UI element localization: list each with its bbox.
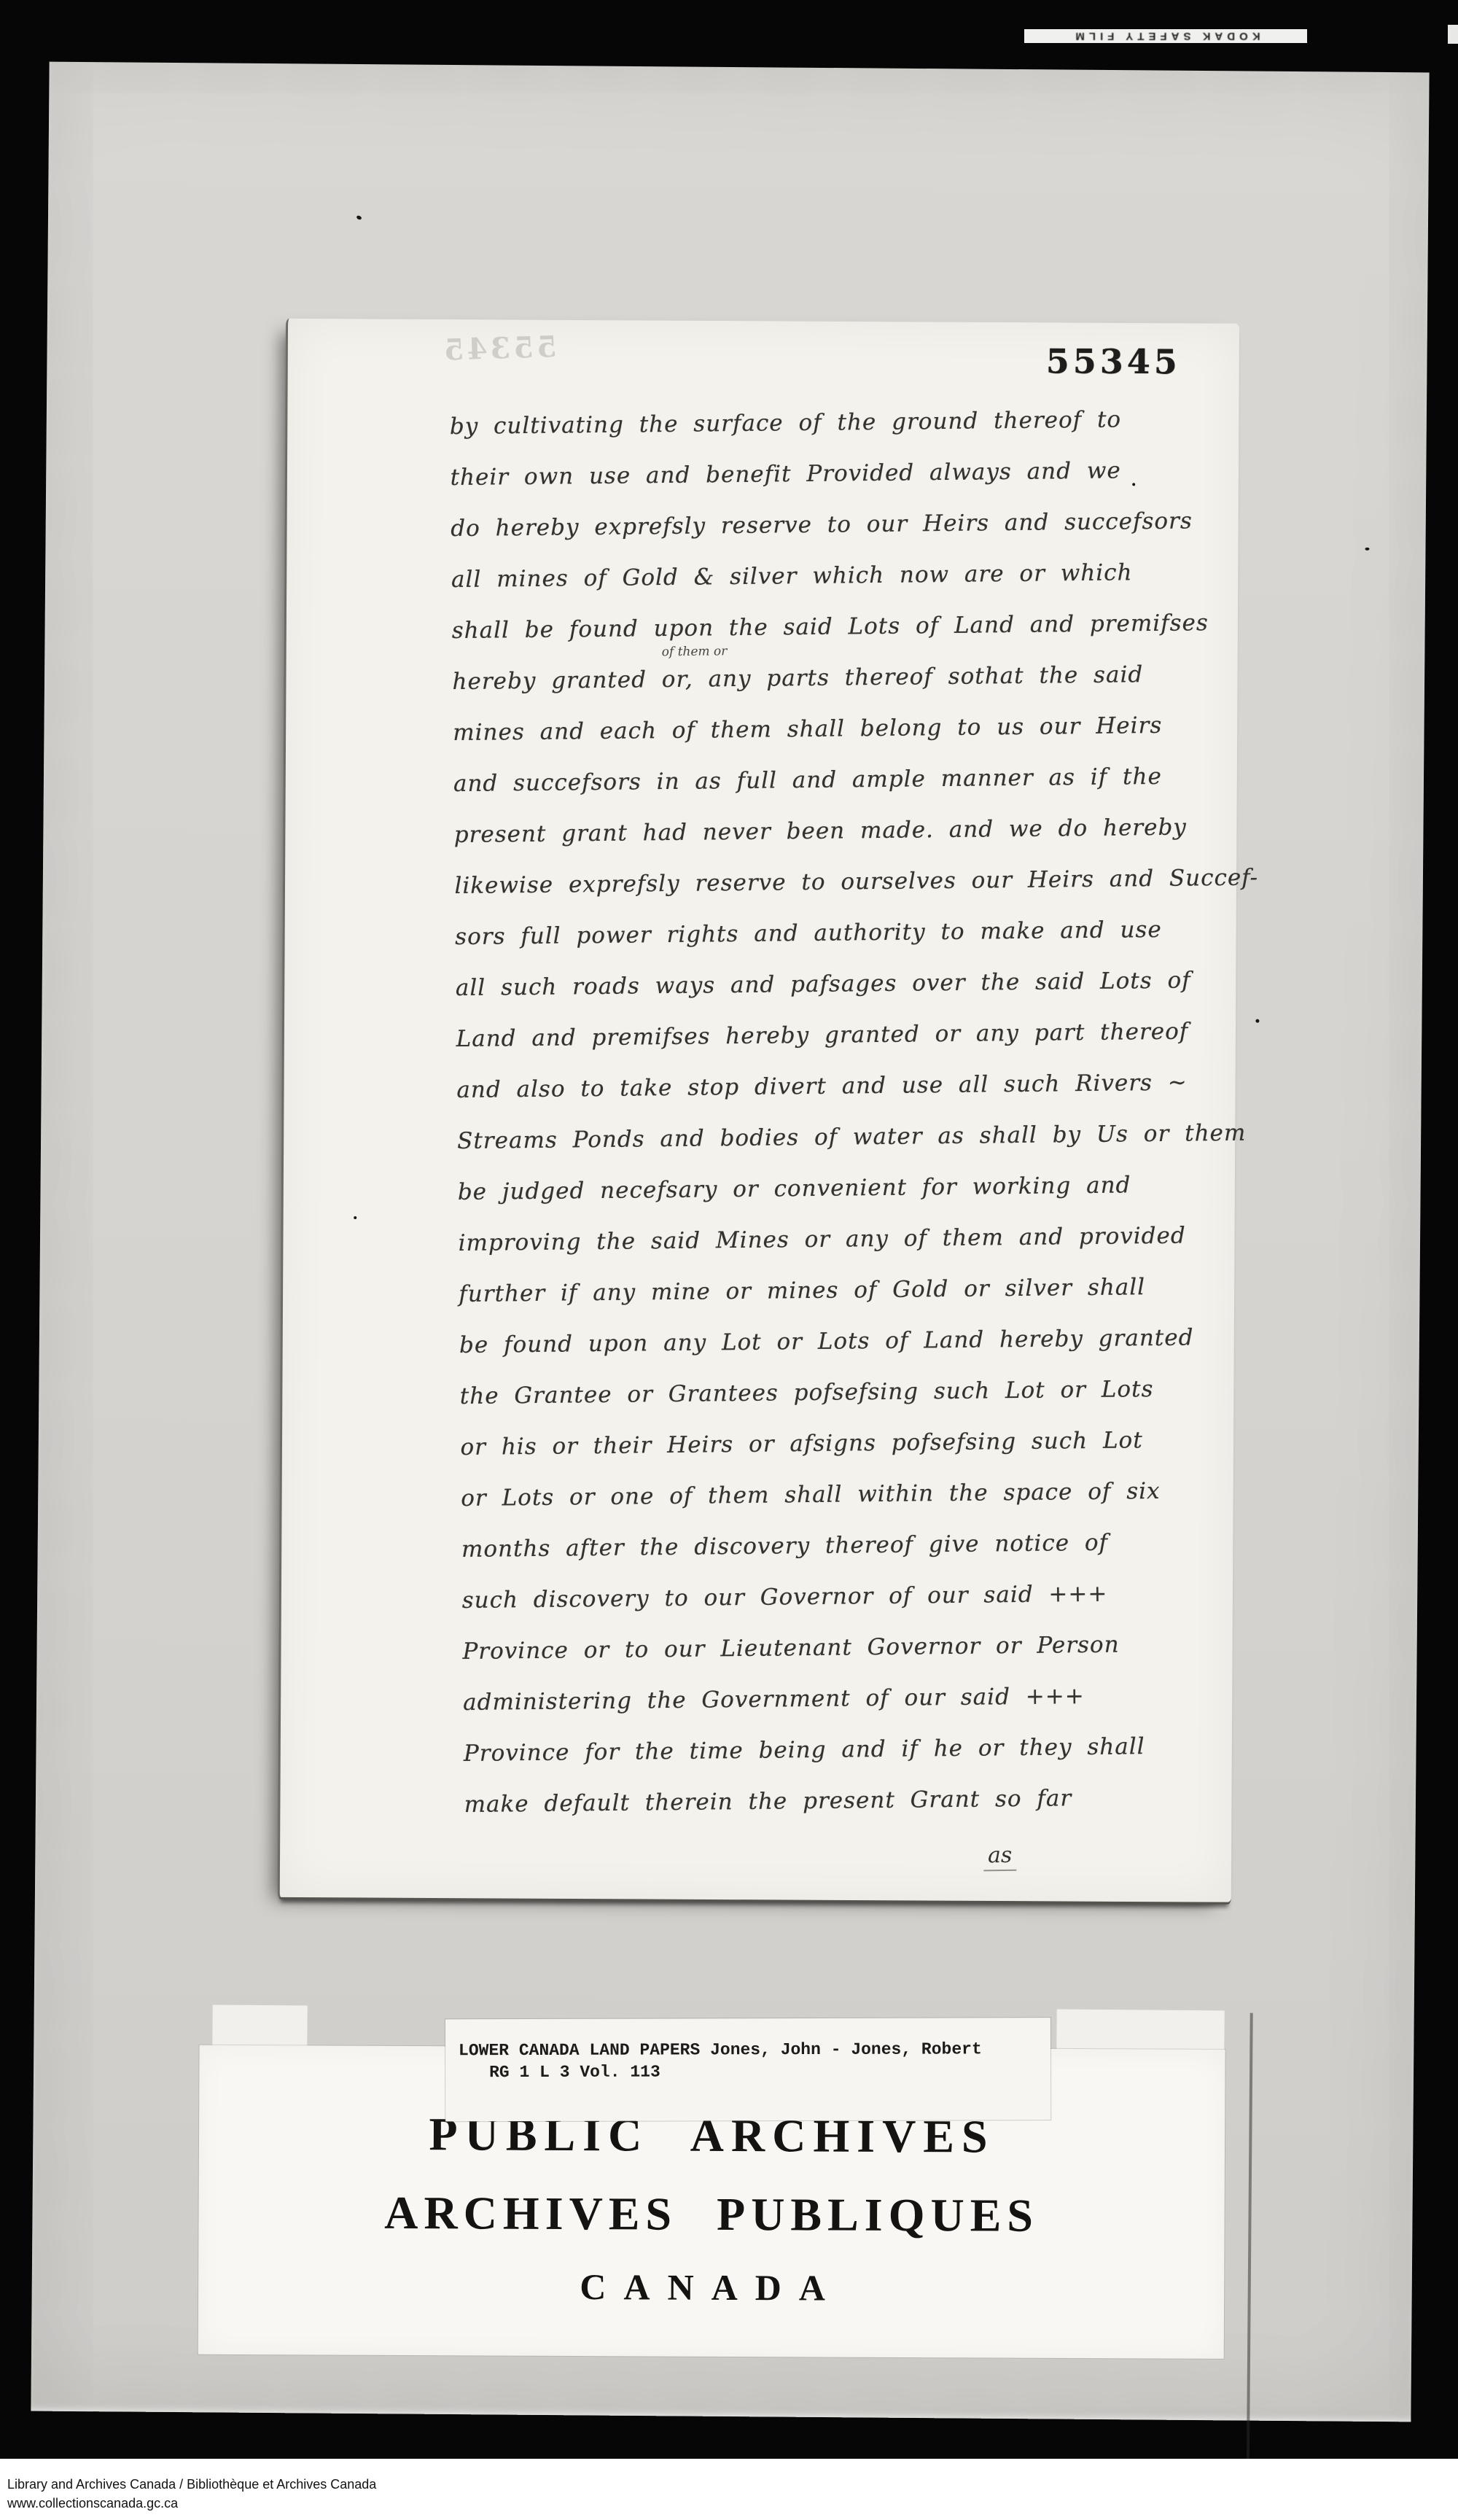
manuscript-page: 55345 55345 by cultivating the surface o… [278,319,1239,1905]
dust-speck [1365,548,1369,551]
manuscript-line: Streams Ponds and bodies of water as sha… [457,1107,1267,1167]
kodak-safety-film-text: KODAK SAFETY FILM [1024,29,1307,43]
manuscript-line: make default therein the present Grant s… [464,1770,1274,1830]
dust-speck [1255,1019,1259,1023]
manuscript-line: and also to take stop divert and use all… [456,1056,1266,1116]
film-edge-fragment [1448,25,1458,44]
lac-website-url: www.collectionscanada.gc.ca [0,2494,1458,2513]
archives-title-canada: CANADA [198,2264,1224,2311]
film-frame: KODAK SAFETY FILM 55345 55345 by cultiva… [0,0,1458,2520]
manuscript-line: Province or to our Lieutenant Governor o… [462,1617,1272,1677]
manuscript-line: likewise exprefsly reserve to ourselves … [454,852,1264,911]
manuscript-line: by cultivating the surface of the ground… [449,392,1259,452]
collection-title: LOWER CANADA LAND PAPERS Jones, John - J… [445,2018,1050,2060]
manuscript-line: further if any mine or mines of Gold or … [459,1260,1268,1320]
manuscript-line: shall be found upon the said Lots of Lan… [451,596,1261,656]
dust-speck [354,1216,356,1219]
bleed-through-number: 55345 [440,330,557,367]
manuscript-line: all mines of Gold & silver which now are… [451,545,1261,605]
typed-reference-label: LOWER CANADA LAND PAPERS Jones, John - J… [445,2018,1050,2121]
manuscript-line: or Lots or one of them shall within the … [461,1464,1271,1524]
manuscript-line: mines and each of them shall belong to u… [453,699,1263,758]
manuscript-line: or his or their Heirs or afsigns pofsefs… [460,1413,1270,1473]
manuscript-line: hereby granted or, any parts thereof sot… [452,647,1262,707]
manuscript-line: administering the Government of our said… [463,1668,1273,1728]
lac-institution-name: Library and Archives Canada / Bibliothèq… [0,2459,1458,2494]
manuscript-line: and succefsors in as full and ample mann… [453,750,1263,809]
manuscript-line: be found upon any Lot or Lots of Land he… [459,1311,1269,1371]
manuscript-line: Land and premifses hereby granted or any… [456,1005,1266,1065]
archives-title-fr: ARCHIVES PUBLIQUES [198,2185,1224,2244]
interlinear-insertion: of them or [662,644,728,659]
manuscript-line: their own use and benefit Provided alway… [450,443,1260,503]
manuscript-line: the Grantee or Grantees pofsefsing such … [459,1362,1269,1422]
manuscript-line: present grant had never been made. and w… [453,801,1263,860]
manuscript-line: do hereby exprefsly reserve to our Heirs… [451,494,1260,554]
dust-speck [356,215,362,221]
dust-speck [1132,483,1135,486]
manuscript-line: months after the discovery thereof give … [461,1515,1271,1575]
folio-stamp-number: 55345 [1046,341,1181,381]
photograph-area: 55345 55345 by cultivating the surface o… [31,62,1429,2422]
manuscript-line: such discovery to our Governor of our sa… [461,1566,1271,1626]
record-group-reference: RG 1 L 3 Vol. 113 [445,2058,1050,2082]
manuscript-text: by cultivating the surface of the ground… [449,392,1273,1830]
manuscript-line: sors full power rights and authority to … [455,903,1265,962]
manuscript-line: all such roads ways and pafsages over th… [456,954,1266,1014]
catchword: as [983,1843,1017,1872]
lac-caption-bar: Library and Archives Canada / Bibliothèq… [0,2459,1458,2520]
manuscript-line: Province for the time being and if he or… [464,1719,1274,1779]
film-edge-strip: KODAK SAFETY FILM [1024,29,1307,43]
manuscript-line: be judged necefsary or convenient for wo… [457,1158,1267,1218]
card-stack-edge [1247,2013,1253,2484]
manuscript-line: improving the said Mines or any of them … [458,1209,1268,1269]
